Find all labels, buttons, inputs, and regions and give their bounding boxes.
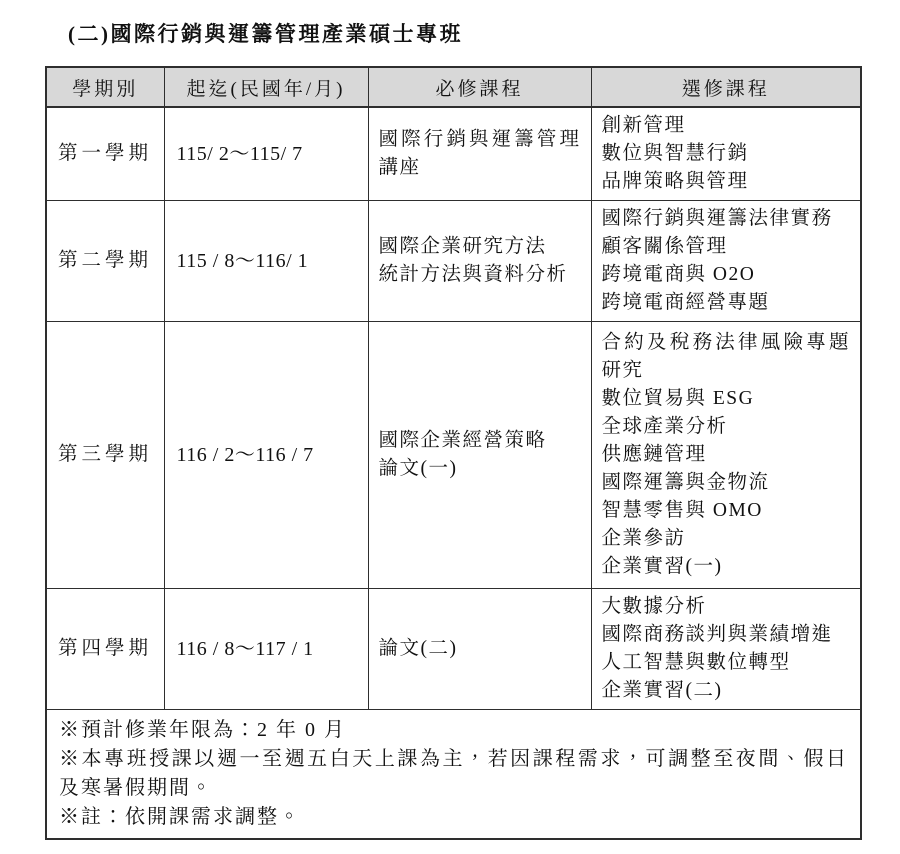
header-period: 起迄(民國年/月)	[164, 67, 368, 107]
table-row: 第一學期 115/ 2～115/ 7 國際行銷與運籌管理講座 創新管理數位與智慧…	[46, 107, 861, 201]
course-item: 全球產業分析	[602, 413, 851, 441]
required-courses-cell: 論文(二)	[368, 589, 591, 710]
footnote: ※註：依開課需求調整。	[59, 803, 848, 832]
table-row: 第二學期 115 / 8～116/ 1 國際企業研究方法統計方法與資料分析 國際…	[46, 201, 861, 322]
course-item: 國際運籌與金物流	[602, 469, 851, 497]
course-item: 跨境電商與 O2O	[602, 261, 851, 289]
table-header-row: 學期別 起迄(民國年/月) 必修課程 選修課程	[46, 67, 861, 107]
period-cell: 116 / 2～116 / 7	[164, 322, 368, 589]
course-item: 品牌策略與管理	[602, 168, 851, 196]
required-courses-cell: 國際企業研究方法統計方法與資料分析	[368, 201, 591, 322]
course-item: 論文(二)	[379, 635, 581, 663]
course-item: 統計方法與資料分析	[379, 261, 581, 289]
period-cell: 116 / 8～117 / 1	[164, 589, 368, 710]
footnote: ※本專班授課以週一至週五白天上課為主，若因課程需求，可調整至夜間、假日及寒暑假期…	[59, 745, 848, 803]
page-title: (二)國際行銷與運籌管理產業碩士專班	[68, 18, 463, 48]
course-item: 國際行銷與運籌法律實務	[602, 205, 851, 233]
course-item: 數位與智慧行銷	[602, 140, 851, 168]
course-item: 供應鏈管理	[602, 441, 851, 469]
semester-cell: 第一學期	[46, 107, 164, 201]
course-item: 數位貿易與 ESG	[602, 385, 851, 413]
footnotes-cell: ※預計修業年限為：2 年 0 月 ※本專班授課以週一至週五白天上課為主，若因課程…	[46, 710, 861, 840]
course-item: 國際企業經營策略	[379, 427, 581, 455]
elective-courses-cell: 大數據分析國際商務談判與業績增進人工智慧與數位轉型企業實習(二)	[591, 589, 861, 710]
table-row: 第四學期 116 / 8～117 / 1 論文(二) 大數據分析國際商務談判與業…	[46, 589, 861, 710]
course-item: 論文(一)	[379, 455, 581, 483]
course-item: 企業實習(二)	[602, 677, 851, 705]
table-row: 第三學期 116 / 2～116 / 7 國際企業經營策略論文(一) 合約及稅務…	[46, 322, 861, 589]
elective-courses-cell: 創新管理數位與智慧行銷品牌策略與管理	[591, 107, 861, 201]
period-cell: 115 / 8～116/ 1	[164, 201, 368, 322]
elective-courses-cell: 合約及稅務法律風險專題研究數位貿易與 ESG全球產業分析供應鏈管理國際運籌與金物…	[591, 322, 861, 589]
header-elective-courses: 選修課程	[591, 67, 861, 107]
document-page: (二)國際行銷與運籌管理產業碩士專班 學期別 起迄(民國年/月) 必修課程 選修…	[0, 0, 900, 854]
semester-cell: 第三學期	[46, 322, 164, 589]
header-required-courses: 必修課程	[368, 67, 591, 107]
course-item: 智慧零售與 OMO	[602, 497, 851, 525]
semester-cell: 第二學期	[46, 201, 164, 322]
required-courses-cell: 國際行銷與運籌管理講座	[368, 107, 591, 201]
course-item: 顧客關係管理	[602, 233, 851, 261]
notes-row: ※預計修業年限為：2 年 0 月 ※本專班授課以週一至週五白天上課為主，若因課程…	[46, 710, 861, 840]
curriculum-table: 學期別 起迄(民國年/月) 必修課程 選修課程 第一學期 115/ 2～115/…	[45, 66, 862, 840]
course-item: 企業實習(一)	[602, 553, 851, 581]
header-semester: 學期別	[46, 67, 164, 107]
course-item: 國際企業研究方法	[379, 233, 581, 261]
course-item: 跨境電商經營專題	[602, 289, 851, 317]
course-item: 國際商務談判與業績增進	[602, 621, 851, 649]
course-item: 人工智慧與數位轉型	[602, 649, 851, 677]
course-item: 創新管理	[602, 112, 851, 140]
course-item: 企業參訪	[602, 525, 851, 553]
course-item: 國際行銷與運籌管理講座	[379, 126, 581, 182]
course-item: 合約及稅務法律風險專題研究	[602, 329, 851, 385]
course-item: 大數據分析	[602, 593, 851, 621]
period-cell: 115/ 2～115/ 7	[164, 107, 368, 201]
elective-courses-cell: 國際行銷與運籌法律實務顧客關係管理跨境電商與 O2O跨境電商經營專題	[591, 201, 861, 322]
footnote: ※預計修業年限為：2 年 0 月	[59, 716, 848, 745]
required-courses-cell: 國際企業經營策略論文(一)	[368, 322, 591, 589]
semester-cell: 第四學期	[46, 589, 164, 710]
